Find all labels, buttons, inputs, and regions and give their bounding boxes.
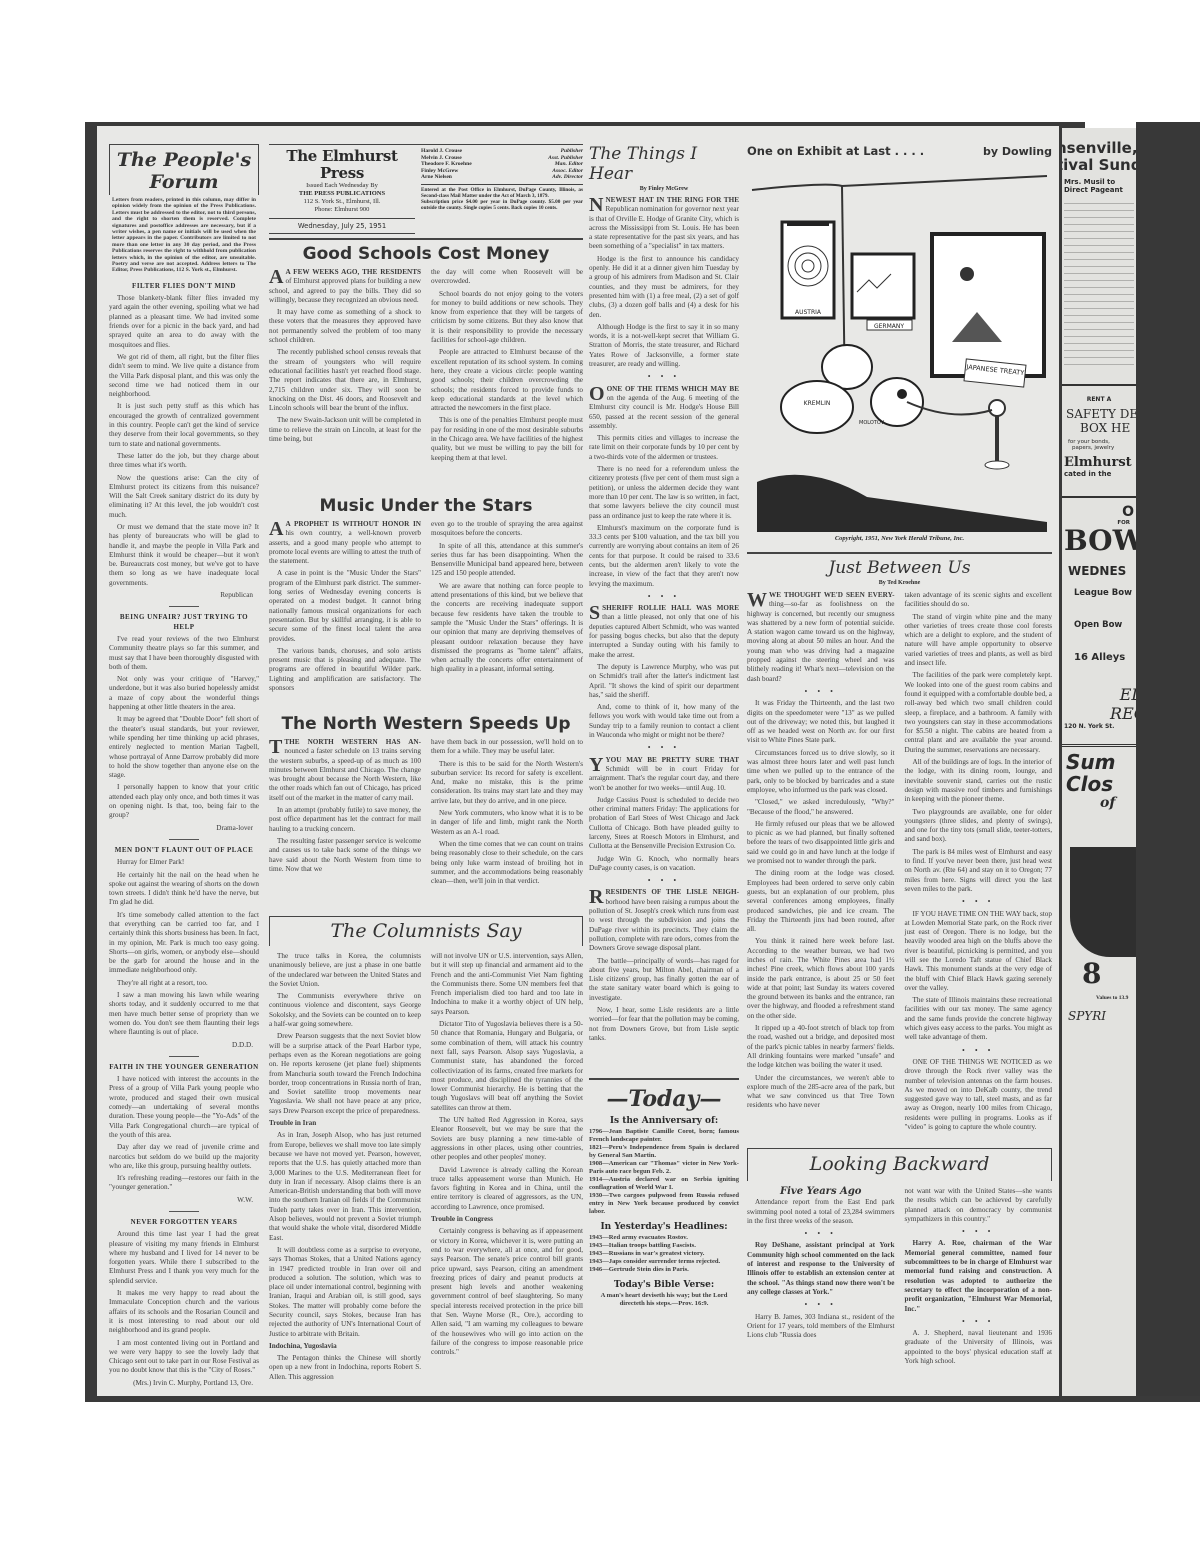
- letter-filter-flies: FILTER FLIES DON'T MIND Those blankety-b…: [109, 282, 259, 608]
- ad-brand: SPYRI: [1068, 1009, 1106, 1023]
- summer-clearance-ad: Sum Clos of 8 Values to 13.9 SPYRI: [1062, 744, 1136, 1041]
- section-dots: • • •: [589, 743, 739, 752]
- section-dots: • • •: [589, 372, 739, 381]
- byline: By Ted Kroehne: [747, 580, 1052, 586]
- column-paragraph: You think it rained here week before las…: [747, 937, 895, 1021]
- section-dots: • • •: [747, 1229, 895, 1238]
- headline-item: 1943—Japs consider surrender terms rejec…: [589, 1258, 739, 1266]
- editorial-paragraph: The new Swain-Jackson unit will be compl…: [269, 416, 421, 444]
- column-paragraph: Republican nomination for governor next …: [589, 205, 739, 250]
- letter-paragraph: He certainly hit the nail on the head wh…: [109, 871, 259, 908]
- letter-being-unfair: BEING UNFAIR? JUST TRYING TO HELP I've r…: [109, 613, 259, 840]
- headlines-list: 1943—Red army evacuates Rostov. 1943—Ita…: [589, 1234, 739, 1274]
- letter-men-dont-flaunt: MEN DON'T FLAUNT OUT OF PLACE Hurray for…: [109, 846, 259, 1057]
- letter-paragraph: These latter do the job, but they charge…: [109, 452, 259, 471]
- adjacent-subhead-line1: Mrs. Musil to: [1064, 178, 1136, 186]
- peoples-forum-title-line1: The People's: [114, 149, 254, 171]
- staff-name: Finley McGrew: [421, 168, 458, 175]
- letter-paragraph: Those blankety-blank filter flies invade…: [109, 294, 259, 350]
- anniversary-item: 1908—American car "Thomas" victor in New…: [589, 1160, 739, 1176]
- drop-cap: A: [269, 268, 283, 286]
- editorial-paragraph: A case in point is the "Music Under the …: [269, 569, 421, 643]
- bible-verse: A man's heart deviseth his way; but the …: [589, 1292, 739, 1308]
- section-dots: • • •: [589, 592, 739, 601]
- letter-paragraph: It makes me very happy to read about the…: [109, 1289, 259, 1335]
- letter-paragraph: Hurray for Elmer Park!: [109, 858, 259, 867]
- drop-cap: N: [589, 196, 603, 214]
- letter-signature: W.W.: [109, 1196, 253, 1205]
- staff-role: Man. Editor: [555, 161, 583, 168]
- column-paragraph: Schmidt will be in court Friday for arra…: [589, 765, 739, 792]
- letter-paragraph: Day after day we read of juvenile crime …: [109, 1143, 259, 1171]
- letter-heading: FAITH IN THE YOUNGER GENERATION: [109, 1063, 259, 1072]
- column-paragraph: It will doubtless come as a surprise to …: [269, 1246, 421, 1339]
- column-paragraph: The facilities of the park were complete…: [905, 671, 1053, 755]
- lead-caps: WE THOUGHT WE'D SEEN EVERY-: [769, 591, 895, 599]
- letter-paragraph: It's refreshing reading—restores our fai…: [109, 1174, 259, 1193]
- letter-heading: FILTER FLIES DON'T MIND: [109, 282, 259, 291]
- letter-faith-younger-generation: FAITH IN THE YOUNGER GENERATION I have n…: [109, 1063, 259, 1212]
- staff-role: Assoc. Editor: [552, 168, 583, 175]
- section-dots: • • •: [905, 897, 1053, 906]
- editorial-title: The North Western Speeds Up: [269, 714, 583, 734]
- today-box: —Today— Is the Anniversary of: 1796—Jean…: [589, 1078, 739, 1308]
- peoples-forum-intro: Letters from readers, printed in this co…: [109, 195, 259, 276]
- column-paragraph: not want war with the United States—she …: [905, 1187, 1053, 1224]
- editorial-paragraph: It may have come as something of a shock…: [269, 308, 421, 345]
- column-paragraph: The UN halted Red Aggression in Korea, s…: [431, 1116, 583, 1162]
- editorial-good-schools: Good Schools Cost Money AA FEW WEEKS AGO…: [269, 244, 583, 466]
- ad-text: O: [1062, 504, 1134, 520]
- column-paragraph: Hodge is the first to announce his candi…: [589, 255, 739, 320]
- editorial-paragraph: The various bands, choruses, and solo ar…: [269, 647, 421, 693]
- editorial-paragraph: nounced a faster schedule on 13 trains s…: [269, 747, 421, 801]
- headline-item: 1943—Italian troops battling Fascists.: [589, 1242, 739, 1250]
- ad-text: RENT A: [1062, 396, 1136, 403]
- column-paragraph: The state of Illinois maintains these re…: [905, 996, 1053, 1042]
- column-paragraph: The park is 84 miles west of Elmhurst an…: [905, 848, 1053, 894]
- anniversary-item: 1914—Austria declared war on Serbia igni…: [589, 1176, 739, 1192]
- five-years-ago-heading: Five Years Ago: [747, 1187, 895, 1196]
- editorial-title: Music Under the Stars: [269, 496, 583, 516]
- subscription-note: Subscription price $4.00 per year in DuP…: [421, 199, 583, 211]
- staff-list: Harold J. CrousePublisher Melvin J. Crou…: [421, 148, 583, 181]
- letter-heading: NEVER FORGOTTEN YEARS: [109, 1218, 259, 1227]
- lead-caps: YOU MAY BE PRETTY SURE THAT: [605, 756, 739, 764]
- editorial-paragraph: This is one of the penalties Elmhurst pe…: [431, 416, 583, 462]
- masthead-right: Harold J. CrousePublisher Melvin J. Crou…: [421, 148, 583, 234]
- ad-dress-silhouette: [1070, 847, 1136, 957]
- staff-name: Melvin J. Crouse: [421, 155, 462, 162]
- ad-headline: WEDNES: [1068, 564, 1136, 578]
- editorial-paragraph: School boards do not enjoy going to the …: [431, 290, 583, 346]
- editorial-paragraph: of Elmhurst approved plans for building …: [269, 277, 421, 304]
- column-subhead: Indochina, Yugoslavia: [269, 1342, 421, 1351]
- just-between-us: Just Between Us By Ted Kroehne WWE THOUG…: [747, 552, 1052, 1135]
- drop-cap: W: [747, 591, 767, 609]
- letter-signature: Republican: [109, 591, 253, 600]
- ad-address: 120 N. York St.: [1064, 723, 1136, 730]
- column-paragraph: The Pentagon thinks the Chinese will sho…: [269, 1354, 421, 1382]
- column-paragraph: Attendance report from the East End park…: [747, 1198, 895, 1226]
- adjacent-page-strip: nsenville, Ho tival Sunday Mrs. Musil to…: [1062, 128, 1136, 1396]
- letter-paragraph: I am most contented living out in Portla…: [109, 1339, 259, 1376]
- looking-backward-title: Looking Backward: [748, 1153, 1051, 1175]
- editorial-paragraph: In an attempt (probably futile) to save …: [269, 806, 421, 834]
- columnists-say: The Columnists Say The truce talks in Ko…: [269, 916, 583, 1385]
- column-paragraph: Drew Pearson suggests that the next Sovi…: [269, 1032, 421, 1116]
- address-line: 112 S. York St., Elmhurst, Ill.: [269, 198, 415, 206]
- staff-role: Asst. Publisher: [548, 155, 583, 162]
- column-paragraph: Harry B. James, 303 Indiana st., residen…: [747, 1313, 895, 1341]
- letter-paragraph: Around this time last year I had the gre…: [109, 1230, 259, 1286]
- editorial-paragraph: The recently published school census rev…: [269, 348, 421, 413]
- lead-caps: NEWEST HAT IN THE RING FOR THE: [605, 196, 739, 204]
- anniversary-item: 1796—Jean Baptiste Camille Corot, born; …: [589, 1128, 739, 1144]
- editorial-paragraph: In spite of all this, attendance at this…: [431, 542, 583, 579]
- column-paragraph: It ripped up a 40-foot stretch of black …: [747, 1024, 895, 1070]
- columnists-header-box: The Columnists Say: [269, 916, 583, 946]
- lead-caps: SHERIFF ROLLIE HALL WAS MORE: [602, 604, 739, 612]
- divider: [169, 1211, 199, 1212]
- ad-headline: BOW: [1064, 526, 1136, 556]
- column-paragraph: Judge Win G. Knoch, who normally hears D…: [589, 855, 739, 874]
- section-dots: • • •: [905, 1046, 1053, 1055]
- letter-paragraph: Or must we demand that the state move in…: [109, 523, 259, 588]
- byline: By Finley McGrew: [589, 186, 739, 192]
- anniversary-item: 1930—Two cargoes pulpwood from Russia re…: [589, 1192, 739, 1216]
- anniversary-heading: Is the Anniversary of:: [589, 1116, 739, 1126]
- microfilm-frame-right: [1136, 122, 1200, 1400]
- column-paragraph: Two playgrounds are available, one for o…: [905, 808, 1053, 845]
- lead-caps: A FEW WEEKS AGO, THE RESIDENTS: [285, 268, 421, 276]
- cartoon-artist: by Dowling: [983, 145, 1052, 158]
- headline-item: 1943—Russians in war's greatest victory.: [589, 1250, 739, 1258]
- ad-text: Values to 13.9: [1096, 995, 1128, 1001]
- things-i-hear-column: The Things I Hear By Finley McGrew NNEWE…: [589, 144, 739, 1046]
- germany-label: GERMANY: [874, 323, 904, 330]
- austria-label: AUSTRIA: [795, 309, 822, 316]
- drop-cap: A: [269, 520, 283, 538]
- peoples-forum-header-box: The People's Forum: [109, 144, 259, 195]
- ad-text: papers, jewelry: [1072, 445, 1136, 451]
- drop-cap: Y: [589, 756, 603, 774]
- column-paragraph: Elmhurst's maximum on the corporate fund…: [589, 524, 739, 589]
- ad-headline: Sum: [1066, 751, 1136, 773]
- adjacent-headline-line2: tival Sunday: [1062, 157, 1136, 174]
- ad-brand: Elmhurst: [1064, 455, 1136, 470]
- ad-text: BOX HE: [1080, 421, 1136, 435]
- staff-name: Theodore F. Kroehne: [421, 161, 472, 168]
- divider: [169, 839, 199, 840]
- section-dots: • • •: [747, 687, 895, 696]
- safety-deposit-ad: RENT A SAFETY DE BOX HE for your bonds, …: [1062, 384, 1136, 478]
- letter-paragraph: Now the questions arise: Can the city of…: [109, 474, 259, 520]
- kremlin-label: KREMLIN: [804, 400, 831, 407]
- letter-paragraph: I have noticed with interest the account…: [109, 1075, 259, 1140]
- issue-date: Wednesday, July 25, 1951: [269, 218, 415, 234]
- letter-never-forgotten-years: NEVER FORGOTTEN YEARS Around this time l…: [109, 1218, 259, 1388]
- column-paragraph: ONE OF THE THINGS WE NOTICED as we drove…: [905, 1058, 1053, 1132]
- entry-note: Entered at the Post Office in Elmhurst, …: [421, 184, 583, 199]
- column-subhead: Trouble in Congress: [431, 1215, 583, 1224]
- letter-paragraph: I saw a man mowing his lawn while wearin…: [109, 991, 259, 1037]
- column-paragraph: This permits cities and villages to incr…: [589, 434, 739, 462]
- column-paragraph: The stand of virgin white pine and the m…: [905, 613, 1053, 669]
- column-paragraph: All of the buildings are of logs. In the…: [905, 758, 1053, 804]
- headline-item: 1943—Red army evacuates Rostov.: [589, 1234, 739, 1242]
- headlines-heading: In Yesterday's Headlines:: [589, 1222, 739, 1232]
- column-paragraph: "Closed," we asked incredulously, "Why?"…: [747, 798, 895, 817]
- letter-paragraph: They're all right at a resort, too.: [109, 979, 259, 988]
- divider: [169, 606, 199, 607]
- looking-backward: Looking Backward Five Years Ago Attendan…: [747, 1148, 1052, 1369]
- column-paragraph: It was Friday the Thirteenth, and the la…: [747, 699, 895, 745]
- letter-heading: MEN DON'T FLAUNT OUT OF PLACE: [109, 846, 259, 855]
- cartoon-title: One on Exhibit at Last . . . .: [747, 144, 924, 158]
- editorial-paragraph: The resulting faster passenger service i…: [269, 837, 421, 874]
- peoples-forum-column: The People's Forum Letters from readers,…: [109, 144, 259, 1391]
- editorial-music-under-stars: Music Under the Stars AA PROPHET IS WITH…: [269, 496, 583, 696]
- column-paragraph: thing—so-far as foolishness on the highw…: [747, 600, 895, 682]
- masthead-bottom-rule: [269, 238, 583, 240]
- molotov-label: MOLOTOV: [859, 420, 885, 426]
- column-paragraph: borhood have been raising a rumpus about…: [589, 898, 739, 952]
- staff-role: Publisher: [561, 148, 583, 155]
- masthead-top-rule: [269, 144, 583, 145]
- letter-paragraph: It may be agreed that "Double Door" fell…: [109, 715, 259, 780]
- editorial-paragraph: When the time comes that we can count on…: [431, 840, 583, 886]
- section-dots: • • •: [589, 876, 739, 885]
- editorial-paragraph: New York commuters, who know what it is …: [431, 809, 583, 837]
- ad-headline: of: [1100, 795, 1136, 811]
- column-paragraph: The Communists everywhere thrive on cont…: [269, 992, 421, 1029]
- letter-paragraph: It is just such petty stuff as this whic…: [109, 402, 259, 448]
- editorial-title: Good Schools Cost Money: [269, 244, 583, 264]
- editorial-paragraph: even go to the trouble of spraying the a…: [431, 520, 583, 539]
- things-i-hear-title: The Things I Hear: [589, 144, 739, 184]
- column-paragraph: Now, I hear, some Lisle residents are a …: [589, 1006, 739, 1043]
- drop-cap: O: [589, 385, 605, 403]
- divider: [169, 1056, 199, 1057]
- column-paragraph: The deputy is Lawrence Murphy, who was p…: [589, 663, 739, 700]
- drop-cap: R: [589, 888, 603, 906]
- ad-text: cated in the: [1064, 470, 1136, 478]
- staff-name: Harold J. Crouse: [421, 148, 462, 155]
- masthead: The Elmhurst Press Issued Each Wednesday…: [269, 144, 583, 240]
- column-paragraph: on the agenda of the Aug. 6 meeting of t…: [589, 394, 739, 430]
- column-paragraph: Certainly congress is behaving as if app…: [431, 1227, 583, 1357]
- letter-paragraph: Not only was your critique of "Harvey," …: [109, 675, 259, 712]
- bible-heading: Today's Bible Verse:: [589, 1280, 739, 1290]
- editorial-paragraph: There is this to be said for the North W…: [431, 760, 583, 806]
- staff-name: Arne Nielsen: [421, 174, 452, 181]
- column-paragraph: Dictator Tito of Yugoslavia believes the…: [431, 1020, 583, 1113]
- ad-headline: Clos: [1066, 773, 1136, 795]
- today-title: —Today—: [589, 1086, 739, 1112]
- column-paragraph: A. J. Shepherd, naval lieutenant and 193…: [905, 1329, 1053, 1366]
- lead-caps: THE NORTH WESTERN HAS AN-: [284, 738, 421, 746]
- editorial-paragraph: the day will come when Roosevelt will be…: [431, 268, 583, 287]
- letter-paragraph: It's time somebody called attention to t…: [109, 911, 259, 976]
- editorial-cartoon: One on Exhibit at Last . . . . by Dowlin…: [747, 144, 1052, 556]
- paper-name: The Elmhurst Press: [269, 148, 415, 182]
- drop-cap: S: [589, 604, 600, 622]
- cartoon-illustration: AUSTRIA GERMANY JAPANESE TREATY KREMLIN …: [747, 162, 1052, 542]
- staff-role: Adv. Director: [552, 174, 583, 181]
- ad-item: League Bow: [1074, 588, 1136, 598]
- newspaper-page: The People's Forum Letters from readers,…: [97, 126, 1059, 1396]
- ad-brand: EL: [1062, 685, 1136, 704]
- column-paragraph: The battle—principally of words—has rage…: [589, 957, 739, 1003]
- letter-signature: D.D.D.: [109, 1041, 253, 1050]
- lead-caps: A PROPHET IS WITHOUT HONOR IN: [285, 520, 421, 528]
- column-paragraph: As in Iran, Joseph Alsop, who has just r…: [269, 1131, 421, 1243]
- column-paragraph: There is no need for a referendum unless…: [589, 465, 739, 521]
- columnists-title: The Columnists Say: [270, 920, 582, 942]
- microfilm-frame-bottom: [85, 1396, 1200, 1402]
- lead-caps: RESIDENTS OF THE LISLE NEIGH-: [605, 888, 739, 896]
- column-paragraph: Roy DeShane, assistant principal at York…: [747, 1241, 895, 1297]
- column-paragraph: than a little pleased, not only that one…: [589, 613, 739, 658]
- column-paragraph: IF YOU HAVE TIME ON THE WAY back, stop a…: [905, 910, 1053, 994]
- ad-price: 8: [1082, 957, 1101, 990]
- editorial-paragraph: People are attracted to Elmhurst because…: [431, 348, 583, 413]
- editorial-paragraph: We are aware that nothing can force peop…: [431, 582, 583, 675]
- adjacent-subhead-line2: Direct Pageant: [1064, 186, 1136, 194]
- column-paragraph: Although Hodge is the first to say it in…: [589, 323, 739, 369]
- column-paragraph: And, come to think of it, how many of th…: [589, 703, 739, 740]
- publisher-org: THE PRESS PUBLICATIONS: [269, 190, 415, 198]
- column-paragraph: Harry A. Roe, chairman of the War Memori…: [905, 1239, 1053, 1313]
- ad-brand: REC: [1062, 704, 1136, 723]
- lead-caps: ONE OF THE ITEMS WHICH MAY BE: [607, 385, 739, 393]
- letter-paragraph: We got rid of them, all right, but the f…: [109, 353, 259, 399]
- ad-item: 16 Alleys: [1074, 652, 1136, 663]
- adjacent-headline-line1: nsenville, Ho: [1062, 140, 1136, 157]
- editorial-paragraph: have them back in our possession, we'll …: [431, 738, 583, 757]
- section-dots: • • •: [905, 1317, 1053, 1326]
- headline-item: 1946—Gertrude Stein dies in Paris.: [589, 1266, 739, 1274]
- issued-line: Issued Each Wednesday By: [269, 182, 415, 190]
- editorial-north-western: The North Western Speeds Up TTHE NORTH W…: [269, 714, 583, 889]
- just-between-us-title: Just Between Us: [747, 558, 1052, 578]
- drop-cap: T: [269, 738, 282, 756]
- column-paragraph: Under the circumstances, we weren't able…: [747, 1074, 895, 1111]
- column-paragraph: The truce talks in Korea, the columnists…: [269, 952, 421, 989]
- section-dots: • • •: [905, 1227, 1053, 1236]
- ad-text: SAFETY DE: [1066, 407, 1136, 421]
- letter-heading: BEING UNFAIR? JUST TRYING TO HELP: [109, 613, 259, 632]
- column-paragraph: Circumstances forced us to drive slowly,…: [747, 749, 895, 795]
- masthead-left: The Elmhurst Press Issued Each Wednesday…: [269, 148, 415, 234]
- ad-item: Open Bow: [1074, 620, 1136, 630]
- column-subhead: Trouble in Iran: [269, 1119, 421, 1128]
- column-paragraph: He firmly refused our pleas that we be a…: [747, 820, 895, 866]
- bowling-ad: O FOR BOW WEDNES League Bow Open Bow 16 …: [1062, 496, 1136, 730]
- letter-paragraph: I've read your reviews of the two Elmhur…: [109, 635, 259, 672]
- anniversary-list: 1796—Jean Baptiste Camille Corot, born; …: [589, 1128, 739, 1216]
- section-rule: [747, 552, 1052, 554]
- adjacent-article-text: [1064, 198, 1134, 368]
- section-dots: • • •: [747, 1300, 895, 1309]
- letter-signature: Drama-lover: [109, 824, 253, 833]
- column-paragraph: Judge Cassius Poust is scheduled to deci…: [589, 796, 739, 852]
- looking-backward-header-box: Looking Backward: [747, 1148, 1052, 1181]
- today-top-rule: [589, 1078, 739, 1080]
- letter-paragraph: I personally happen to know that your cr…: [109, 783, 259, 820]
- editorial-paragraph: his own country, a well-known proverb as…: [269, 529, 421, 565]
- column-paragraph: David Lawrence is already calling the Ko…: [431, 1166, 583, 1212]
- letter-signature: (Mrs.) Irvin C. Murphy, Portland 13, Ore…: [109, 1379, 253, 1388]
- column-paragraph: taken advantage of its scenic sights and…: [905, 591, 1053, 610]
- phone-line: Phone: Elmhurst 900: [269, 206, 415, 214]
- column-paragraph: The dining room at the lodge was closed.…: [747, 869, 895, 934]
- column-paragraph: will not involve UN or U.S. intervention…: [431, 952, 583, 1017]
- anniversary-item: 1821—Peru's Independence from Spain is d…: [589, 1144, 739, 1160]
- peoples-forum-title-line2: Forum: [114, 171, 254, 193]
